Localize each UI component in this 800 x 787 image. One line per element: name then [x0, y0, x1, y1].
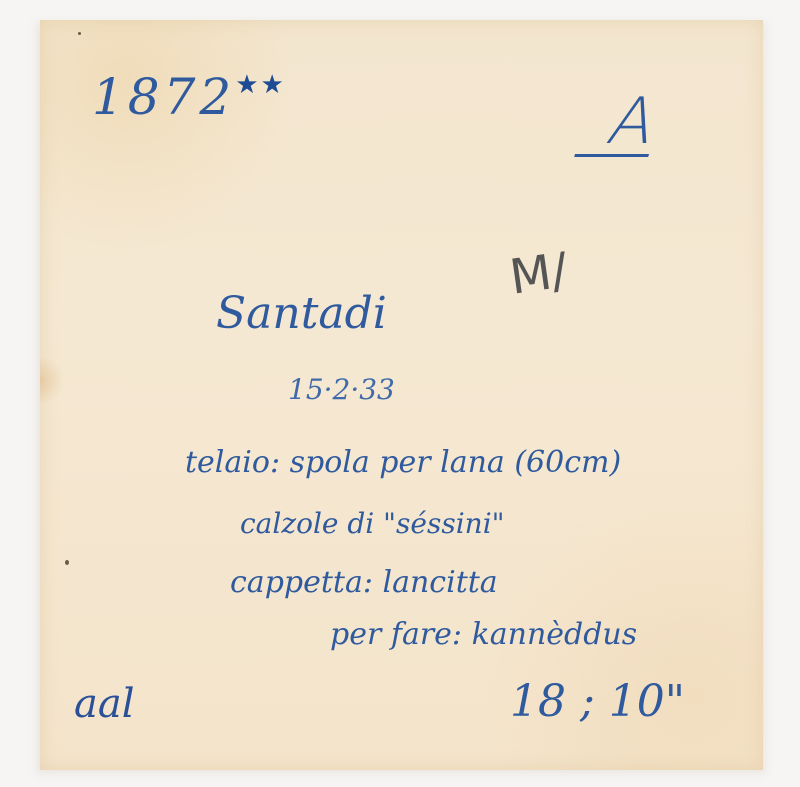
initials: aal [74, 684, 135, 724]
measurement: 18 ; 10" [510, 680, 685, 724]
paper-blemish [78, 32, 81, 35]
note-line-1: telaio: spola per lana (60cm) [185, 448, 621, 478]
note-line-3: cappetta: lancitta [230, 568, 498, 598]
catalog-number: 1872★★ [92, 72, 286, 122]
archival-index-card: 1872★★ A M/ Santadi 15·2·33 telaio: spol… [40, 20, 763, 770]
date: 15·2·33 [288, 376, 395, 404]
corner-letter: A [574, 90, 670, 157]
place-name: Santadi [216, 292, 387, 336]
paper-blemish [65, 560, 69, 565]
note-line-4: per fare: kannèddus [330, 620, 637, 650]
pencil-checkmark: M/ [507, 246, 571, 302]
catalog-number-text: 1872 [92, 68, 235, 126]
star-icons: ★★ [235, 70, 286, 100]
note-line-2: calzole di "séssini" [240, 510, 505, 538]
